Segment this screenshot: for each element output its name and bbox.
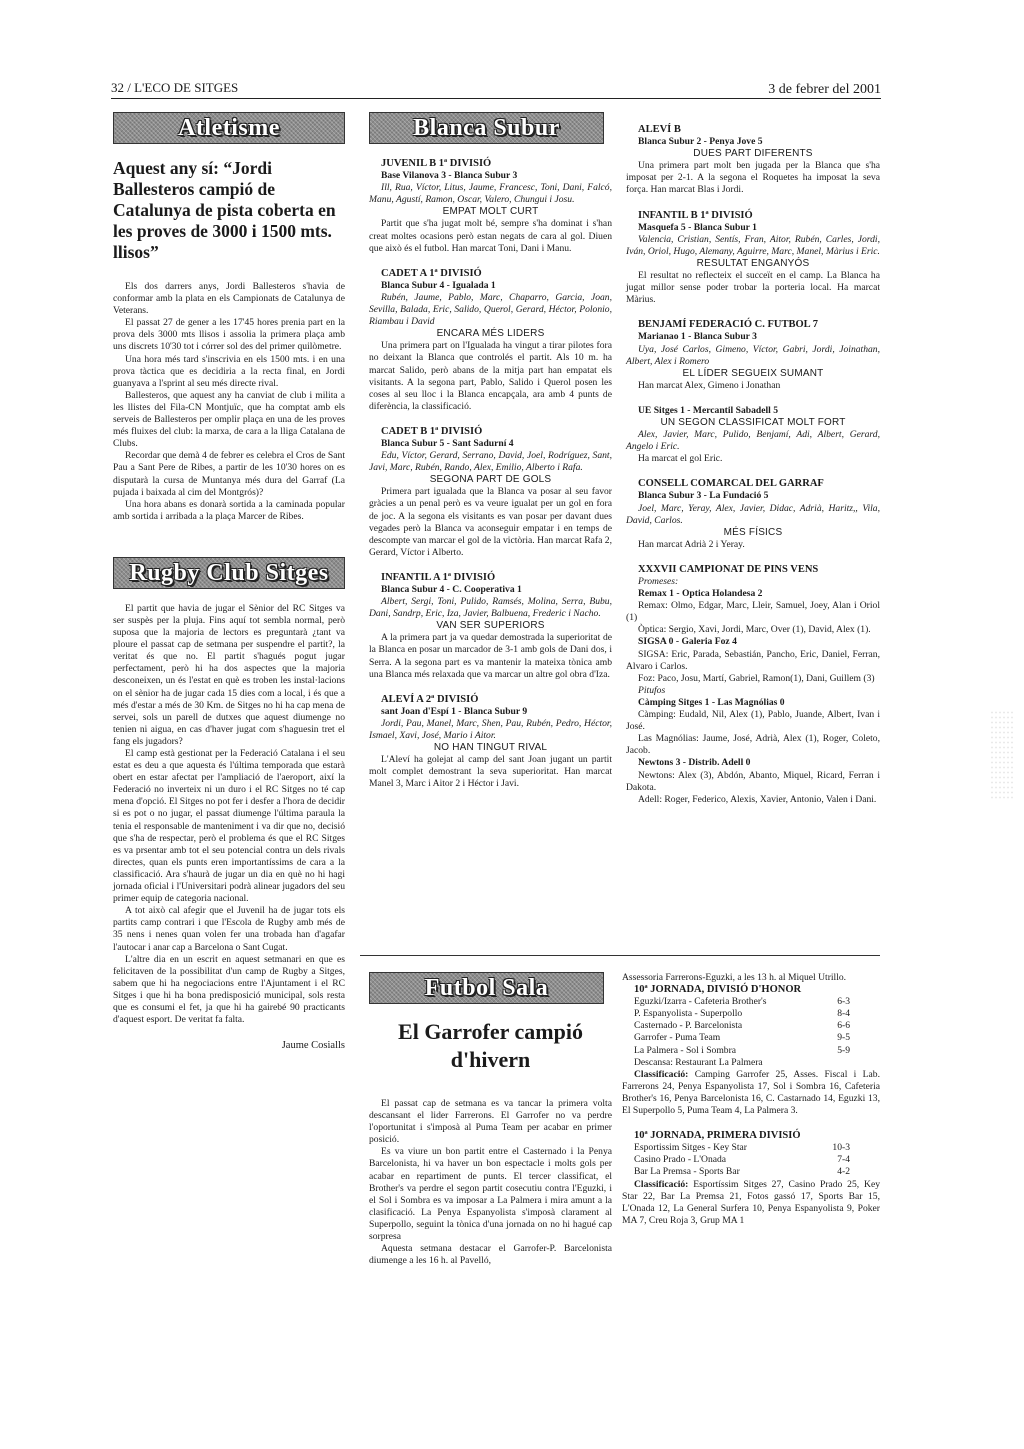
group-label: Promeses: <box>638 576 880 588</box>
match-category: CADET B 1ª DIVISIÓ <box>381 426 612 438</box>
result-match: Casino Prado - L'Onada <box>634 1154 726 1166</box>
match-subhead: EMPAT MOLT CURT <box>369 206 612 218</box>
atletisme-headline: Aquest any sí: “Jordi Ballesteros campió… <box>113 158 345 263</box>
match-score: Blanca Subur 5 - Sant Sadurní 4 <box>381 438 612 450</box>
match-subhead: EL LÍDER SEGUEIX SUMANT <box>626 368 880 380</box>
result-match: Bar La Premsa - Sports Bar <box>634 1166 740 1178</box>
match-category: CADET A 1ª DIVISIÓ <box>381 268 612 280</box>
match-score: Marianao 1 - Blanca Subur 3 <box>638 331 880 343</box>
match-report: CONSELL COMARCAL DEL GARRAF Blanca Subur… <box>626 478 880 551</box>
match-score: Blanca Subur 4 - Igualada 1 <box>381 280 612 292</box>
paragraph: El partit que havia de jugar el Sènior d… <box>113 603 345 748</box>
result-row: La Palmera - Sol i Sombra5-9 <box>634 1045 880 1057</box>
match-score: UE Sitges 1 - Mercantil Sabadell 5 <box>638 405 880 417</box>
lineup: Remax: Olmo, Edgar, Marc, Lleir, Samuel,… <box>626 600 880 624</box>
result-row: P. Espanyolista - Superpollo8-4 <box>634 1008 880 1020</box>
match-players: Albert, Sergi, Toni, Pulido, Ramsés, Mol… <box>369 596 612 620</box>
result-score: 7-4 <box>837 1154 850 1166</box>
match-subhead: DUES PART DIFERENTS <box>626 148 880 160</box>
match-report: JUVENIL B 1ª DIVISIÓ Base Vilanova 3 - B… <box>369 158 612 255</box>
result-match: Casternado - P. Barcelonista <box>634 1020 742 1032</box>
match-category: INFANTIL A 1ª DIVISIÓ <box>381 572 612 584</box>
futbol-sala-right: Assessoria Farrerons-Eguzki, a les 13 h.… <box>622 972 880 1227</box>
match-category: ALEVÍ B <box>638 124 880 136</box>
futbol-sala-banner: Futbol Sala <box>369 972 604 1004</box>
match-report: INFANTIL B 1ª DIVISIÓ Masquefa 5 - Blanc… <box>626 210 880 307</box>
paragraph: Una hora abans es donarà sortida a la ca… <box>113 499 345 523</box>
match-category: INFANTIL B 1ª DIVISIÓ <box>638 210 880 222</box>
primera-title: 10ª JORNADA, PRIMERA DIVISIÓ <box>634 1130 880 1142</box>
lineup: Adell: Roger, Federico, Alexis, Xavier, … <box>626 794 880 806</box>
banner-title: Blanca Subur <box>413 122 560 134</box>
match-players: Alex, Javier, Marc, Pulido, Benjamí, Adi… <box>626 429 880 453</box>
paragraph: El camp està gestionat per la Federació … <box>113 748 345 905</box>
match-players: Joel, Marc, Yeray, Alex, Javier, Didac, … <box>626 503 880 527</box>
match-players: Valencia, Cristian, Sentís, Fran, Aitor,… <box>626 234 880 258</box>
match-subhead: UN SEGON CLASSIFICAT MOLT FORT <box>626 417 880 429</box>
result-match: La Palmera - Sol i Sombra <box>634 1045 736 1057</box>
result-row: Eguzki/Izarra - Cafeteria Brother's6-3 <box>634 996 880 1008</box>
match-category: BENJAMÍ FEDERACIÓ C. FUTBOL 7 <box>638 319 880 331</box>
match-subhead: MÉS FÍSICS <box>626 527 880 539</box>
paragraph: Els dos darrers anys, Jordi Ballesteros … <box>113 281 345 317</box>
atletisme-section: Atletisme Aquest any sí: “Jordi Balleste… <box>113 112 345 523</box>
result-score: 6-3 <box>837 996 850 1008</box>
primera-standings: Classificació: Esportíssim Sitges 27, Ca… <box>622 1179 880 1227</box>
match-score: Blanca Subur 3 - La Fundació 5 <box>638 490 880 502</box>
primera-results: Esportissim Sitges - Key Star10-3 Casino… <box>634 1142 880 1178</box>
paragraph: Ballesteros, que aquest any ha canviat d… <box>113 390 345 450</box>
game-score: Newtons 3 - Distrib. Adell 0 <box>638 757 880 769</box>
match-report: INFANTIL A 1ª DIVISIÓ Blanca Subur 4 - C… <box>369 572 612 681</box>
result-score: 8-4 <box>837 1008 850 1020</box>
result-row: Bar La Premsa - Sports Bar4-2 <box>634 1166 880 1178</box>
match-text: Han marcat Alex, Gimeno i Jonathan <box>626 380 880 392</box>
banner-title: Futbol Sala <box>425 982 549 994</box>
match-text: El resultat no reflecteix el succeït en … <box>626 270 880 306</box>
lineup: Càmping: Eudald, Nil, Alex (1), Pablo, J… <box>626 709 880 733</box>
match-subhead: SEGONA PART DE GOLS <box>369 474 612 486</box>
match-report: ALEVÍ A 2ª DIVISIÓ sant Joan d'Espí 1 - … <box>369 694 612 791</box>
result-score: 9-5 <box>837 1032 850 1044</box>
match-category: ALEVÍ A 2ª DIVISIÓ <box>381 694 612 706</box>
section-divider <box>360 955 880 956</box>
honor-title: 10ª JORNADA, DIVISIÓ D'HONOR <box>634 984 880 996</box>
result-match: P. Espanyolista - Superpollo <box>634 1008 742 1020</box>
game-score: SIGSA 0 - Galeria Foz 4 <box>638 636 880 648</box>
rugby-section: Rugby Club Sitges El partit que havia de… <box>113 557 345 1052</box>
match-report: BENJAMÍ FEDERACIÓ C. FUTBOL 7 Marianao 1… <box>626 319 880 392</box>
match-players: Edu, Víctor, Gerard, Serrano, David, Joe… <box>369 450 612 474</box>
rest-team: Descansa: Restaurant La Palmera <box>634 1057 880 1069</box>
match-report: CADET B 1ª DIVISIÓ Blanca Subur 5 - Sant… <box>369 426 612 559</box>
match-score: Masquefa 5 - Blanca Subur 1 <box>638 222 880 234</box>
paragraph: Es va viure un bon partit entre el Caste… <box>369 1146 612 1243</box>
standings-label: Classificació: <box>634 1069 688 1080</box>
paragraph: Recordar que demà 4 de febrer es celebra… <box>113 450 345 498</box>
group-label: Pitufos <box>638 685 880 697</box>
paragraph: Una hora més tard s'inscrivia en els 150… <box>113 354 345 390</box>
paragraph: El passat 27 de gener a les 17'45 hores … <box>113 317 345 353</box>
page-header: 32 / L'ECO DE SITGES 3 de febrer del 200… <box>111 80 881 99</box>
result-match: Eguzki/Izarra - Cafeteria Brother's <box>634 996 767 1008</box>
lineup: Foz: Paco, Josu, Martí, Gabriel, Ramon(1… <box>626 673 880 685</box>
column-1: Atletisme Aquest any sí: “Jordi Balleste… <box>113 112 345 1052</box>
game-score: Càmping Sitges 1 - Las Magnólias 0 <box>638 697 880 709</box>
lineup: Las Magnólias: Jaume, José, Adrià, Alex … <box>626 733 880 757</box>
match-players: Ill, Rua, Víctor, Litus, Jaume, Francesc… <box>369 182 612 206</box>
futbol-sala-left: Futbol Sala El Garrofer campió d'hivern … <box>369 972 612 1267</box>
honor-standings: Classificació: Camping Garrofer 25, Asse… <box>622 1069 880 1117</box>
pins-vens-section: XXXVII CAMPIONAT DE PINS VENS Promeses: … <box>626 564 880 806</box>
atletisme-banner: Atletisme <box>113 112 345 144</box>
match-text: Han marcat Adrià 2 i Yeray. <box>626 539 880 551</box>
result-row: Casternado - P. Barcelonista6-6 <box>634 1020 880 1032</box>
match-subhead: NO HAN TINGUT RIVAL <box>369 742 612 754</box>
match-text: Una primera part molt ben jugada per la … <box>626 160 880 196</box>
match-subhead: VAN SER SUPERIORS <box>369 620 612 632</box>
result-row: Garrofer - Puma Team9-5 <box>634 1032 880 1044</box>
match-players: Jordi, Pau, Manel, Marc, Shen, Pau, Rubé… <box>369 718 612 742</box>
continuation-text: Assessoria Farrerons-Eguzki, a les 13 h.… <box>622 972 880 984</box>
result-score: 6-6 <box>837 1020 850 1032</box>
match-players: Uya, José Carlos, Gimeno, Víctor, Gabri,… <box>626 344 880 368</box>
result-score: 5-9 <box>837 1045 850 1057</box>
lineup: Òptica: Sergio, Xavi, Jordi, Marc, Over … <box>626 624 880 636</box>
match-text: L'Aleví ha golejat al camp del sant Joan… <box>369 754 612 790</box>
match-text: Ha marcat el gol Eric. <box>626 453 880 465</box>
scan-artifact <box>990 710 1014 800</box>
issue-date: 3 de febrer del 2001 <box>768 82 881 98</box>
lineup: SIGSA: Eric, Parada, Sebastián, Pancho, … <box>626 649 880 673</box>
paragraph: A tot això cal afegir que el Juvenil ha … <box>113 905 345 953</box>
match-players: Rubén, Jaume, Pablo, Marc, Chaparro, Gar… <box>369 292 612 328</box>
match-category: JUVENIL B 1ª DIVISIÓ <box>381 158 612 170</box>
author-signature: Jaume Cosialls <box>113 1040 345 1052</box>
match-text: Una primera part on l'Igualada ha vingut… <box>369 340 612 413</box>
result-match: Garrofer - Puma Team <box>634 1032 720 1044</box>
game-score: Remax 1 - Optica Holandesa 2 <box>638 588 880 600</box>
match-text: A la primera part ja va quedar demostrad… <box>369 632 612 680</box>
result-score: 10-3 <box>832 1142 850 1154</box>
result-match: Esportissim Sitges - Key Star <box>634 1142 747 1154</box>
match-subhead: RESULTAT ENGANYÓS <box>626 258 880 270</box>
match-subhead: ENCARA MÉS LIDERS <box>369 328 612 340</box>
paragraph: El passat cap de setmana es va tancar la… <box>369 1098 612 1146</box>
match-score: sant Joan d'Espí 1 - Blanca Subur 9 <box>381 706 612 718</box>
futbol-sala-headline: El Garrofer campió d'hivern <box>369 1018 612 1074</box>
banner-title: Atletisme <box>178 122 280 134</box>
banner-title: Rugby Club Sitges <box>129 567 328 579</box>
result-row: Casino Prado - L'Onada7-4 <box>634 1154 880 1166</box>
standings-label: Classificació: <box>634 1179 688 1190</box>
paragraph: Aquesta setmana destacar el Garrofer-P. … <box>369 1243 612 1267</box>
result-score: 4-2 <box>837 1166 850 1178</box>
column-2: Blanca Subur JUVENIL B 1ª DIVISIÓ Base V… <box>369 112 612 804</box>
match-category: CONSELL COMARCAL DEL GARRAF <box>638 478 880 490</box>
blanca-subur-banner: Blanca Subur <box>369 112 604 144</box>
lineup: Newtons: Alex (3), Abdón, Abanto, Miquel… <box>626 770 880 794</box>
match-score: Blanca Subur 4 - C. Cooperativa 1 <box>381 584 612 596</box>
pins-vens-title: XXXVII CAMPIONAT DE PINS VENS <box>638 564 880 576</box>
match-text: Primera part igualada que la Blanca va p… <box>369 486 612 559</box>
match-score: Base Vilanova 3 - Blanca Subur 3 <box>381 170 612 182</box>
match-score: Blanca Subur 2 - Penya Jove 5 <box>638 136 880 148</box>
honor-results: Eguzki/Izarra - Cafeteria Brother's6-3 P… <box>634 996 880 1069</box>
page-label: 32 / L'ECO DE SITGES <box>111 80 238 96</box>
rugby-banner: Rugby Club Sitges <box>113 557 345 589</box>
result-row: Esportissim Sitges - Key Star10-3 <box>634 1142 880 1154</box>
match-report: ALEVÍ B Blanca Subur 2 - Penya Jove 5 DU… <box>626 124 880 197</box>
match-report: CADET A 1ª DIVISIÓ Blanca Subur 4 - Igua… <box>369 268 612 413</box>
column-3: ALEVÍ B Blanca Subur 2 - Penya Jove 5 DU… <box>626 124 880 806</box>
paragraph: L'altre dia en un escrit en aquest setma… <box>113 954 345 1027</box>
match-report: UE Sitges 1 - Mercantil Sabadell 5 UN SE… <box>626 405 880 465</box>
match-text: Partit que s'ha jugat molt bé, sempre s'… <box>369 218 612 254</box>
